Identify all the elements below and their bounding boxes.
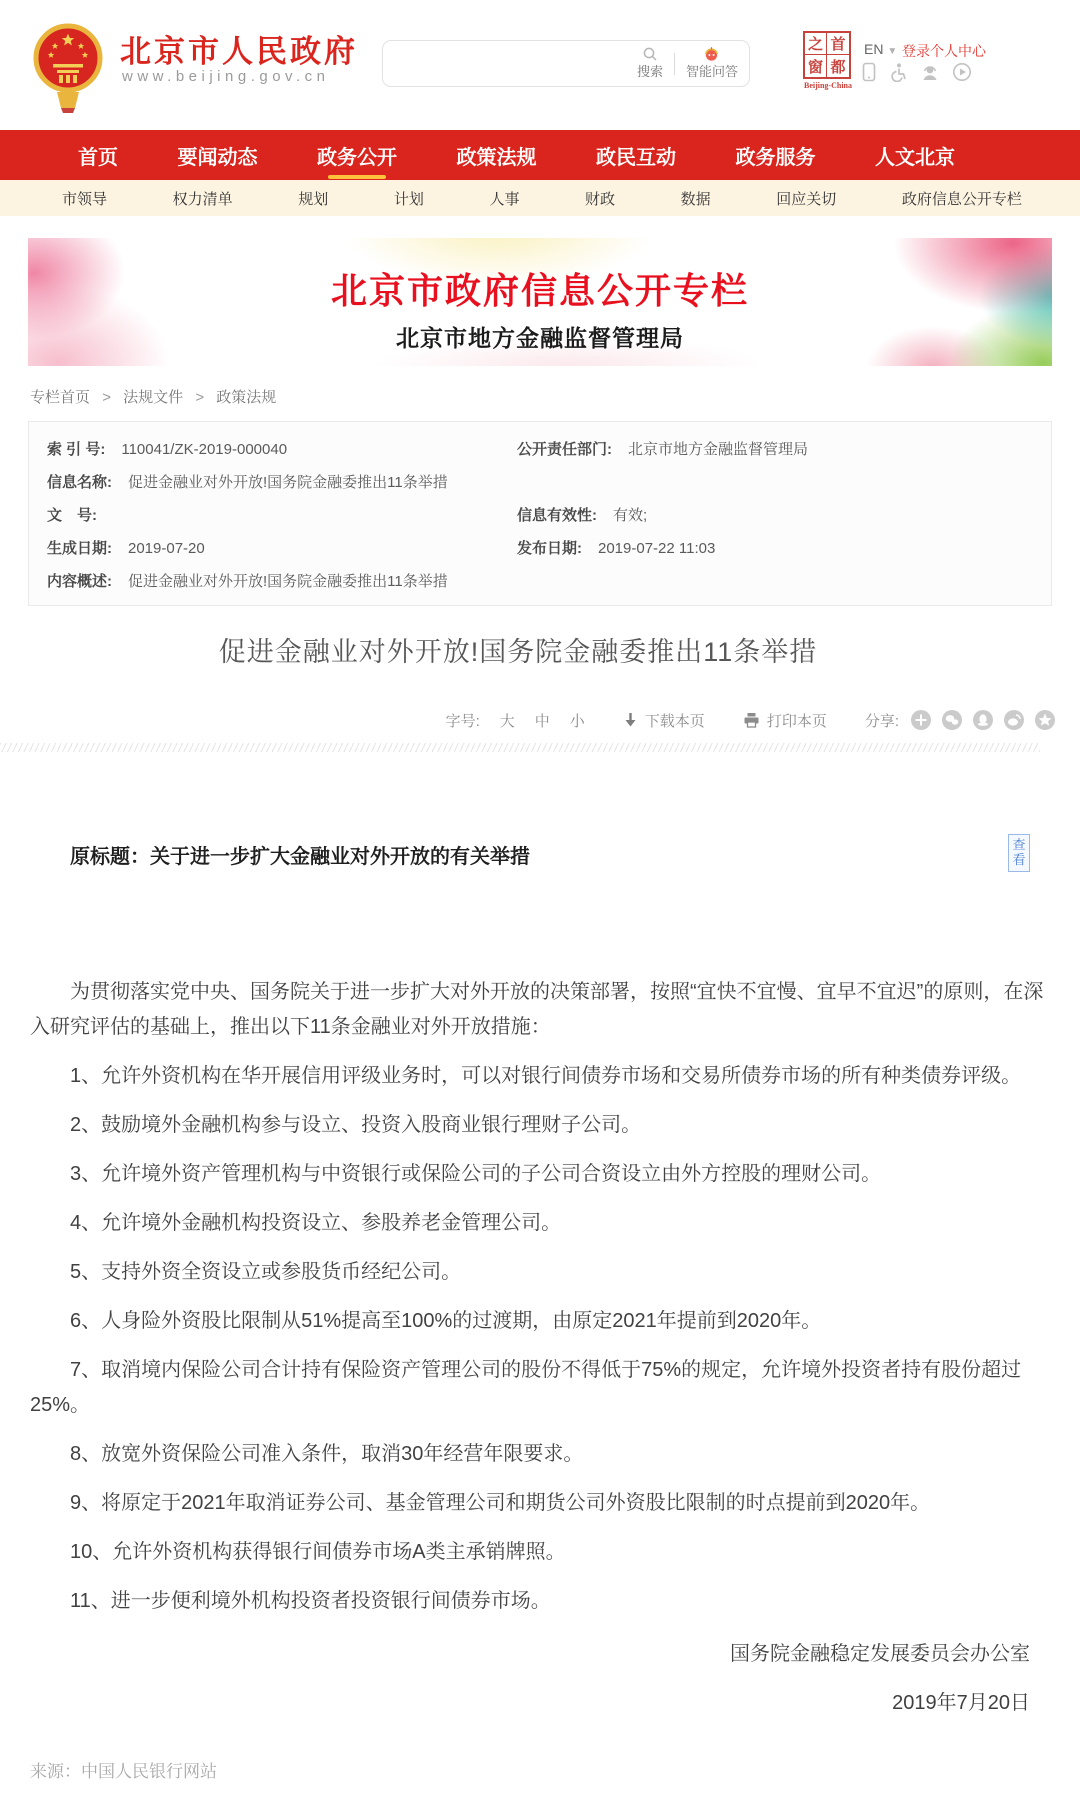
article-paragraphs: 为贯彻落实党中央、国务院关于进一步扩大对外开放的决策部署，按照“宜快不宜慢、宜早…	[30, 975, 1050, 1619]
sub-nav: 市领导 权力清单 规划 计划 人事 财政 数据 回应关切 政府信息公开专栏	[0, 180, 1080, 216]
info-validity: 信息有效性: 有效;	[499, 498, 1051, 531]
paragraph-item-2: 2、鼓励境外金融机构参与设立、投资入股商业银行理财子公司。	[30, 1108, 1050, 1143]
share-label: 分享:	[865, 710, 899, 731]
subnav-item-disclosure-column[interactable]: 政府信息公开专栏	[902, 188, 1022, 209]
main-nav: 首页 要闻动态 政务公开 政策法规 政民互动 政务服务 人文北京	[0, 130, 1080, 180]
paragraph-intro: 为贯彻落实党中央、国务院关于进一步扩大对外开放的决策部署，按照“宜快不宜慢、宜早…	[30, 975, 1050, 1045]
nav-item-services[interactable]: 政务服务	[736, 130, 816, 180]
capital-window-seal: 之 首 窗 都	[803, 31, 851, 79]
article-title: 促进金融业对外开放!国务院金融委推出11条举措	[0, 630, 1080, 669]
capital-window-logo[interactable]: 之 首 窗 都 Beijing-China	[803, 31, 853, 90]
paragraph-item-7: 7、取消境内保险公司合计持有保险资产管理公司的股份不得低于75%的规定，允许境外…	[30, 1353, 1050, 1423]
search-input[interactable]	[383, 44, 626, 84]
original-title: 原标题：关于进一步扩大金融业对外开放的有关举措	[30, 840, 1050, 875]
article-date: 2019年7月20日	[30, 1686, 1050, 1715]
seal-char: 窗	[805, 55, 827, 77]
font-size-control: 字号: 大 中 小	[446, 710, 585, 731]
paragraph-item-10: 10、允许外资机构获得银行间债券市场A类主承销牌照。	[30, 1535, 1050, 1570]
original-title-row: 原标题：关于进一步扩大金融业对外开放的有关举措 查看	[30, 840, 1050, 875]
font-size-label: 字号:	[446, 710, 480, 731]
nav-item-policies[interactable]: 政策法规	[457, 130, 537, 180]
paragraph-item-11: 11、进一步便利境外机构投资者投资银行间债券市场。	[30, 1584, 1050, 1619]
banner-subtitle: 北京市地方金融监督管理局	[28, 320, 1052, 353]
subnav-item-responses[interactable]: 回应关切	[776, 188, 836, 209]
source-line: 来源：中国人民银行网站	[30, 1757, 1080, 1782]
share-qq-icon[interactable]	[972, 709, 994, 731]
subnav-item-personnel[interactable]: 人事	[489, 188, 519, 209]
national-emblem-logo	[33, 12, 103, 114]
nav-item-interaction[interactable]: 政民互动	[596, 130, 676, 180]
seal-caption: Beijing-China	[803, 81, 853, 90]
font-size-medium[interactable]: 中	[535, 710, 550, 731]
font-size-large[interactable]: 大	[500, 710, 515, 731]
login-link[interactable]: 登录个人中心	[902, 41, 986, 61]
nav-item-home[interactable]: 首页	[78, 130, 118, 180]
site-title: 北京市人民政府	[120, 26, 358, 71]
info-doc-number: 文 号:	[29, 498, 499, 531]
breadcrumb-separator: >	[102, 389, 111, 406]
info-name: 信息名称: 促进金融业对外开放!国务院金融委推出11条举措	[29, 465, 499, 498]
nav-item-culture[interactable]: 人文北京	[875, 130, 955, 180]
breadcrumb-documents[interactable]: 法规文件	[123, 389, 183, 406]
download-button[interactable]: 下载本页	[623, 710, 705, 731]
robot-icon	[703, 46, 720, 62]
share-wechat-icon[interactable]	[941, 709, 963, 731]
search-button[interactable]: 搜索	[626, 46, 674, 81]
breadcrumb-current: 政策法规	[216, 389, 276, 406]
info-pub-date: 发布日期: 2019-07-22 11:03	[499, 531, 1051, 564]
subnav-item-finance[interactable]: 财政	[585, 188, 615, 209]
document-info-table: 索 引 号: 110041/ZK-2019-000040 公开责任部门: 北京市…	[28, 421, 1052, 606]
share-weibo-icon[interactable]	[1003, 709, 1025, 731]
print-icon	[743, 712, 760, 728]
paragraph-item-8: 8、放宽外资保险公司准入条件，取消30年经营年限要求。	[30, 1437, 1050, 1472]
utility-icons	[862, 62, 972, 82]
article-toolbar: 字号: 大 中 小 下载本页 打印本页 分享:	[0, 709, 1056, 731]
language-switcher[interactable]: EN ▼	[864, 41, 897, 57]
smart-qa-label: 智能问答	[686, 63, 738, 81]
info-index-no: 索 引 号: 110041/ZK-2019-000040	[29, 432, 499, 465]
article-body: 原标题：关于进一步扩大金融业对外开放的有关举措 查看 为贯彻落实党中央、国务院关…	[30, 840, 1050, 1715]
info-gen-date: 生成日期: 2019-07-20	[29, 531, 499, 564]
share-more-icon[interactable]	[910, 709, 932, 731]
accessibility-icon[interactable]	[888, 62, 908, 82]
chevron-down-icon: ▼	[887, 46, 897, 57]
search-label: 搜索	[637, 63, 663, 81]
hatched-divider	[0, 743, 1040, 752]
column-banner: 北京市政府信息公开专栏 北京市地方金融监督管理局	[28, 238, 1052, 366]
banner-title: 北京市政府信息公开专栏	[28, 263, 1052, 314]
smart-qa-button[interactable]: 智能问答	[675, 46, 749, 81]
view-button[interactable]: 查看	[1008, 834, 1030, 872]
language-label: EN	[864, 41, 883, 57]
subnav-item-plans[interactable]: 计划	[394, 188, 424, 209]
nav-item-news[interactable]: 要闻动态	[178, 130, 258, 180]
search-icon	[642, 46, 658, 62]
mobile-icon[interactable]	[862, 62, 876, 82]
subnav-item-leaders[interactable]: 市领导	[62, 188, 107, 209]
info-summary: 内容概述: 促进金融业对外开放!国务院金融委推出11条举措	[29, 564, 499, 597]
site-url: www.beijing.gov.cn	[122, 68, 329, 85]
paragraph-item-3: 3、允许境外资产管理机构与中资银行或保险公司的子公司合资设立由外方控股的理财公司…	[30, 1157, 1050, 1192]
nav-item-gov-disclosure[interactable]: 政务公开	[317, 130, 397, 180]
seal-char: 之	[805, 33, 827, 55]
play-icon[interactable]	[952, 62, 972, 82]
article-signature: 国务院金融稳定发展委员会办公室	[30, 1637, 1050, 1666]
download-icon	[623, 712, 638, 728]
share-control: 分享:	[865, 709, 1056, 731]
breadcrumb-separator: >	[195, 389, 204, 406]
subnav-item-power-list[interactable]: 权力清单	[173, 188, 233, 209]
share-buttons	[910, 709, 1056, 731]
site-header: 北京市人民政府 www.beijing.gov.cn 搜索 智能问答 之	[0, 0, 1080, 130]
subnav-item-planning[interactable]: 规划	[298, 188, 328, 209]
active-nav-underline	[328, 175, 386, 179]
share-qzone-icon[interactable]	[1034, 709, 1056, 731]
breadcrumb-home[interactable]: 专栏首页	[30, 389, 90, 406]
seal-char: 都	[827, 55, 849, 77]
subnav-item-data[interactable]: 数据	[681, 188, 711, 209]
paragraph-item-4: 4、允许境外金融机构投资设立、参股养老金管理公司。	[30, 1206, 1050, 1241]
paragraph-item-6: 6、人身险外资股比限制从51%提高至100%的过渡期，由原定2021年提前到20…	[30, 1304, 1050, 1339]
paragraph-item-1: 1、允许外资机构在华开展信用评级业务时，可以对银行间债券市场和交易所债券市场的所…	[30, 1059, 1050, 1094]
breadcrumb: 专栏首页 > 法规文件 > 政策法规	[30, 386, 1050, 407]
info-department: 公开责任部门: 北京市地方金融监督管理局	[499, 432, 1051, 465]
seal-char: 首	[827, 33, 849, 55]
service-icon[interactable]	[920, 62, 940, 82]
search-box: 搜索 智能问答	[382, 40, 750, 87]
print-button[interactable]: 打印本页	[743, 710, 827, 731]
paragraph-item-5: 5、支持外资全资设立或参股货币经纪公司。	[30, 1255, 1050, 1290]
font-size-small[interactable]: 小	[570, 710, 585, 731]
paragraph-item-9: 9、将原定于2021年取消证券公司、基金管理公司和期货公司外资股比限制的时点提前…	[30, 1486, 1050, 1521]
